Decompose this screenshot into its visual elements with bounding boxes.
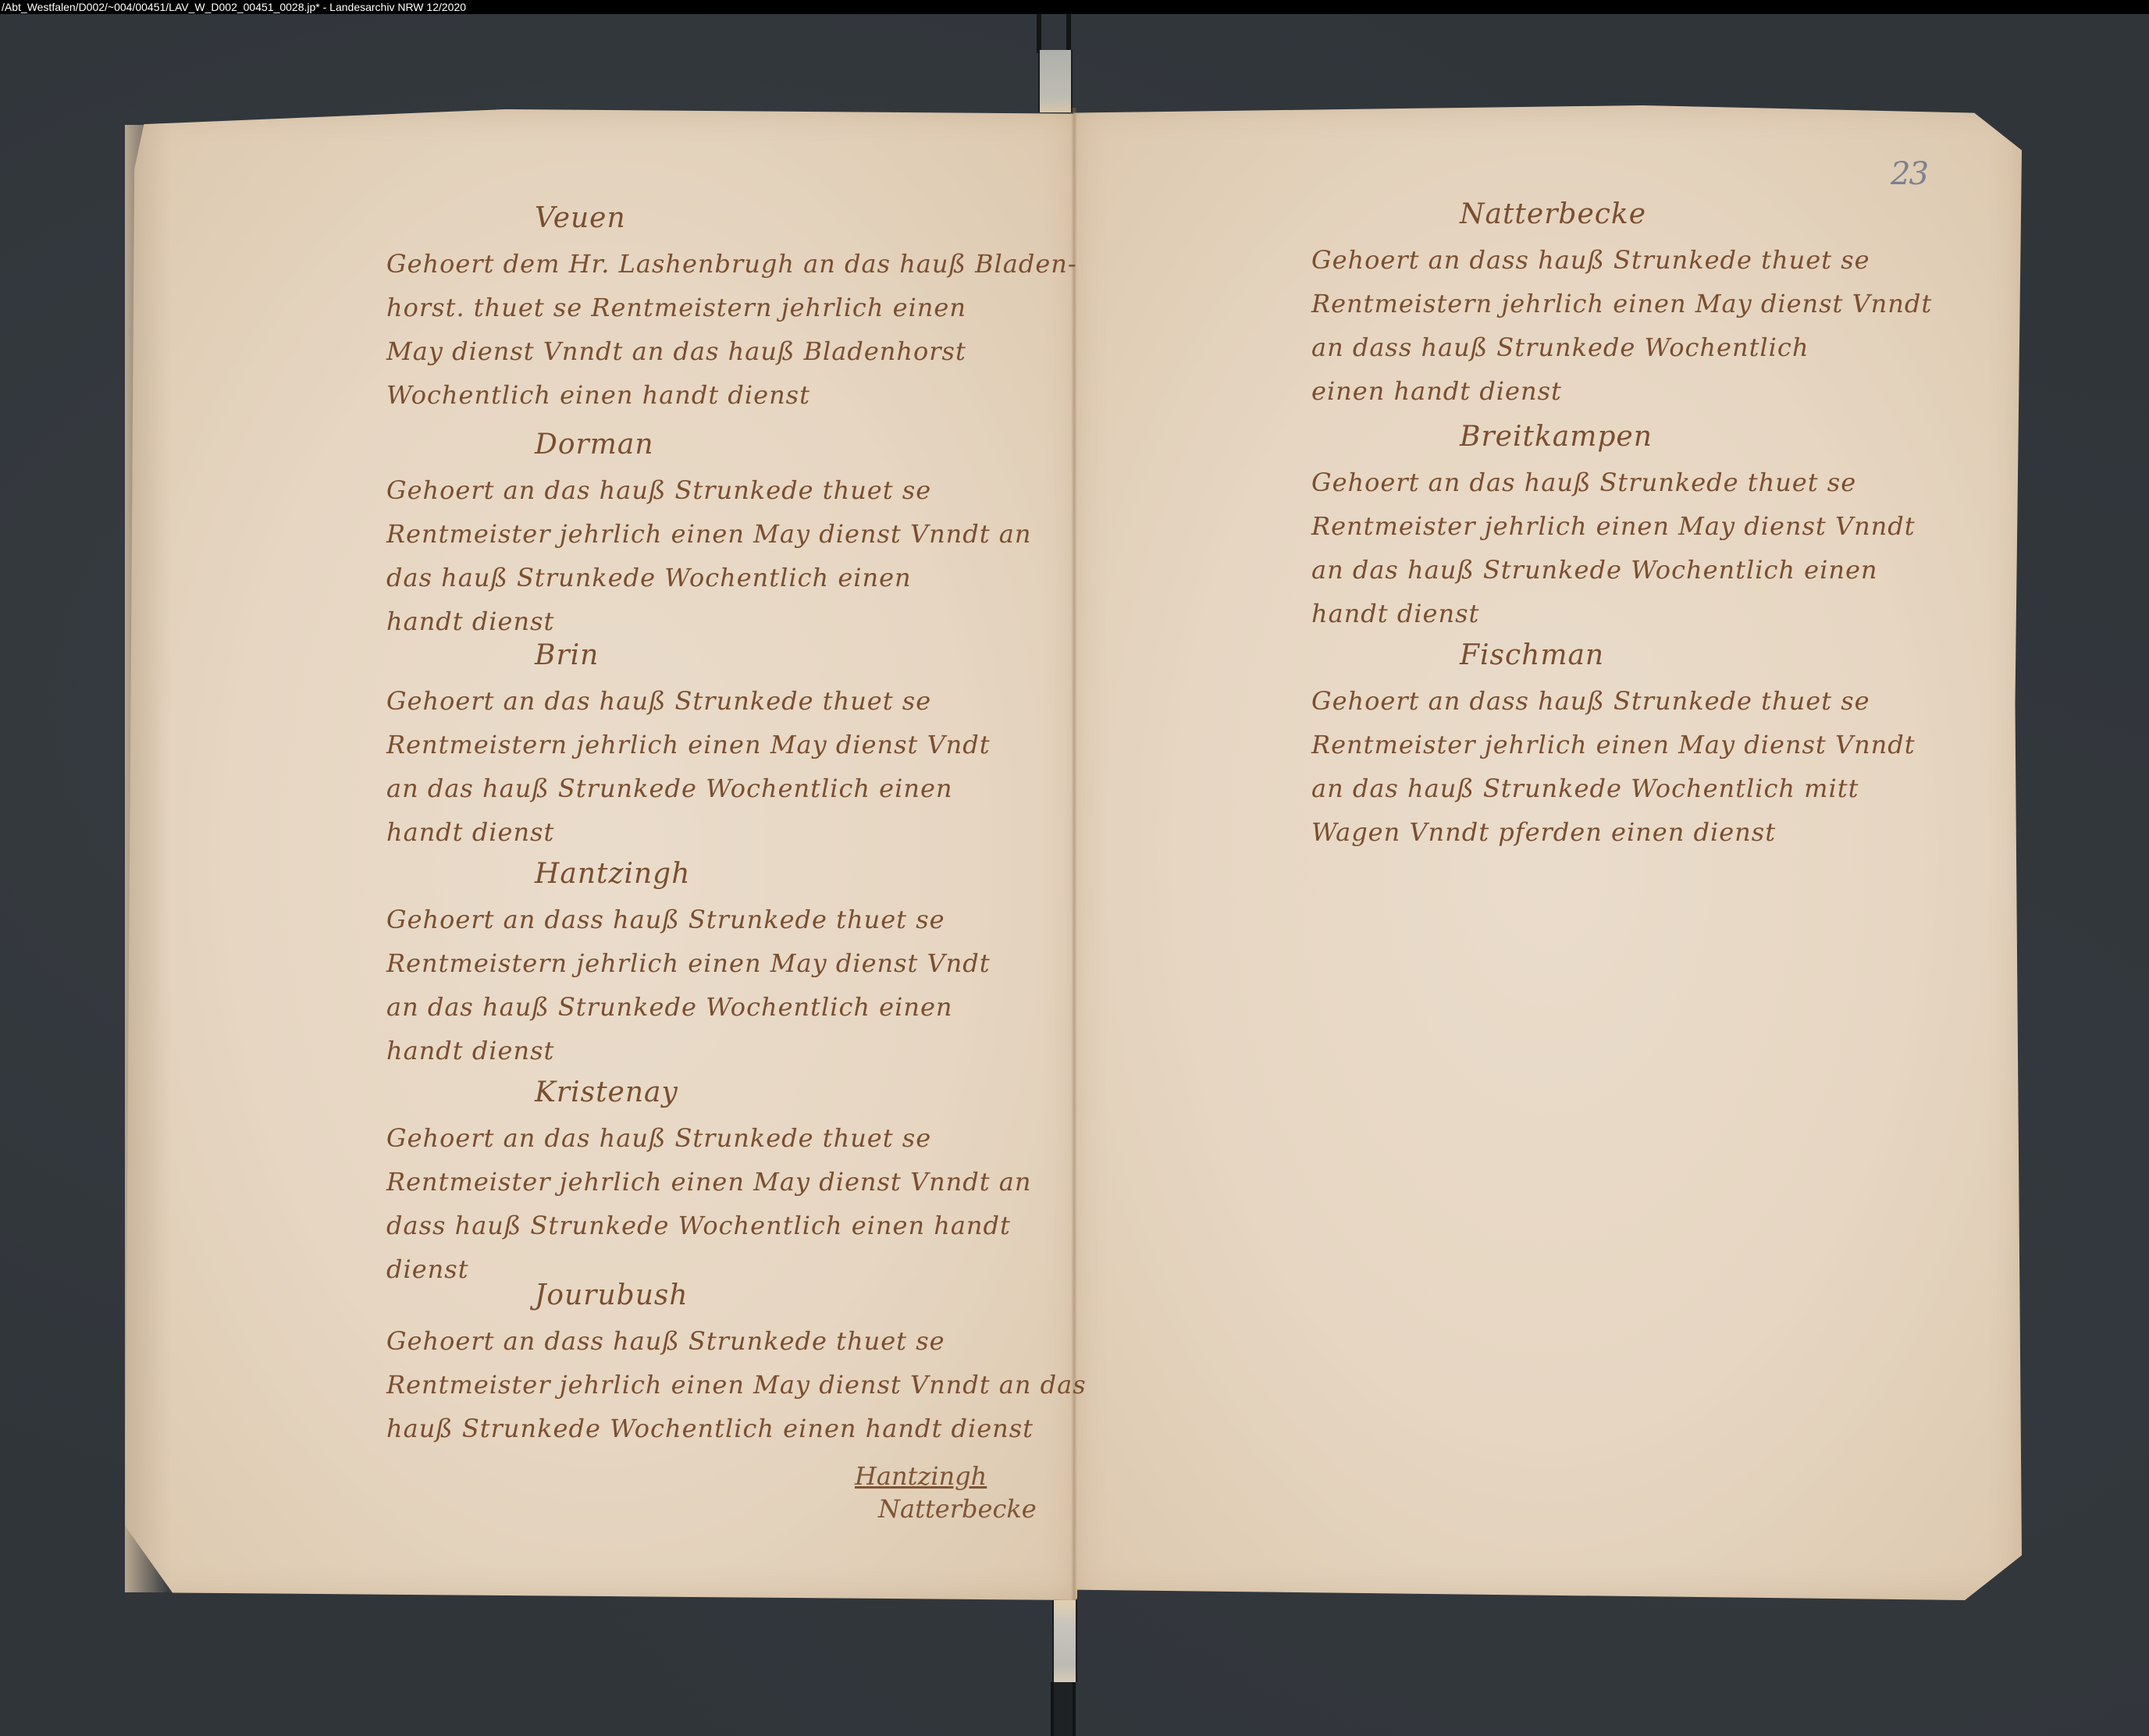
entry-line: Rentmeister jehrlich einen May dienst Vn… (1311, 723, 1916, 767)
entry-line: dass hauß Strunkede Wochentlich einen ha… (386, 1204, 1031, 1247)
left-entry-2: Dorman Gehoert an das hauß Strunkede thu… (386, 422, 1031, 643)
right-entry-2: Breitkampen Gehoert an das hauß Strunked… (1311, 414, 1916, 635)
entry-line: Wochentlich einen handt dienst (386, 373, 1077, 417)
binding-gap-bottom (1051, 1682, 1076, 1736)
left-page-edge-stain (125, 125, 172, 1592)
entry-line: an das hauß Strunkede Wochentlich einen (1311, 548, 1916, 592)
right-entry-1: Natterbecke Gehoert an dass hauß Strunke… (1311, 191, 1932, 413)
entry-line: Gehoert an das hauß Strunkede thuet se (386, 679, 991, 723)
entry-line: Rentmeister jehrlich einen May dienst Vn… (386, 512, 1031, 556)
signature-place: Natterbecke (855, 1492, 1037, 1525)
left-entry-1: Veuen Gehoert dem Hr. Lashenbrugh an das… (386, 195, 1077, 417)
entry-line: handt dienst (386, 1029, 991, 1073)
entry-line: an dass hauß Strunkede Wochentlich (1311, 325, 1932, 369)
entry-line: Gehoert dem Hr. Lashenbrugh an das hauß … (386, 242, 1077, 286)
entry-line: Gehoert an das hauß Strunkede thuet se (386, 1116, 1031, 1160)
entry-line: das hauß Strunkede Wochentlich einen (386, 556, 1031, 599)
entry-heading: Hantzingh (386, 851, 991, 898)
entry-line: Gehoert an dass hauß Strunkede thuet se (386, 1319, 1087, 1363)
entry-line: May dienst Vnndt an das hauß Bladenhorst (386, 329, 1077, 373)
entry-line: hauß Strunkede Wochentlich einen handt d… (386, 1407, 1087, 1450)
entry-heading: Brin (386, 632, 991, 679)
entry-line: Rentmeister jehrlich einen May dienst Vn… (386, 1160, 1031, 1204)
signature-name: Hantzingh (855, 1460, 1037, 1492)
entry-line: Rentmeistern jehrlich einen May dienst V… (386, 941, 991, 985)
entry-heading: Dorman (386, 422, 1031, 468)
entry-heading: Jourubush (386, 1272, 1087, 1319)
entry-line: Rentmeister jehrlich einen May dienst Vn… (1311, 504, 1916, 548)
entry-heading: Natterbecke (1311, 191, 1932, 238)
entry-line: an das hauß Strunkede Wochentlich einen (386, 985, 991, 1029)
entry-line: Gehoert an das hauß Strunkede thuet se (386, 468, 1031, 512)
binding-tab-top (1038, 50, 1073, 112)
entry-heading: Kristenay (386, 1069, 1031, 1116)
left-entry-5: Kristenay Gehoert an das hauß Strunkede … (386, 1069, 1031, 1291)
entry-heading: Fischman (1311, 632, 1916, 679)
folio-number: 23 (1891, 156, 1927, 192)
right-entry-3: Fischman Gehoert an dass hauß Strunkede … (1311, 632, 1916, 854)
entry-line: Rentmeistern jehrlich einen May dienst V… (386, 723, 991, 767)
entry-line: Rentmeister jehrlich einen May dienst Vn… (386, 1363, 1087, 1407)
entry-line: an das hauß Strunkede Wochentlich mitt (1311, 767, 1916, 810)
entry-line: Wagen Vnndt pferden einen dienst (1311, 810, 1916, 854)
left-entry-6: Jourubush Gehoert an dass hauß Strunkede… (386, 1272, 1087, 1450)
file-path-title: /Abt_Westfalen/D002/~004/00451/LAV_W_D00… (2, 1, 466, 13)
left-entry-4: Hantzingh Gehoert an dass hauß Strunkede… (386, 851, 991, 1073)
viewer-title-bar: /Abt_Westfalen/D002/~004/00451/LAV_W_D00… (0, 0, 2149, 14)
entry-line: Gehoert an dass hauß Strunkede thuet se (386, 898, 991, 941)
entry-heading: Veuen (386, 195, 1077, 242)
entry-line: horst. thuet se Rentmeistern jehrlich ei… (386, 286, 1077, 329)
entry-line: Gehoert an dass hauß Strunkede thuet se (1311, 238, 1932, 282)
entry-line: an das hauß Strunkede Wochentlich einen (386, 767, 991, 810)
binding-tab-bottom (1052, 1600, 1077, 1682)
entry-line: Gehoert an das hauß Strunkede thuet se (1311, 461, 1916, 504)
binding-gap-top (1037, 14, 1071, 53)
entry-line: handt dienst (386, 810, 991, 854)
entry-heading: Breitkampen (1311, 414, 1916, 461)
entry-line: handt dienst (1311, 592, 1916, 635)
left-entry-3: Brin Gehoert an das hauß Strunkede thuet… (386, 632, 991, 854)
entry-line: Rentmeistern jehrlich einen May dienst V… (1311, 282, 1932, 325)
signature-block: Hantzingh Natterbecke (855, 1460, 1037, 1525)
entry-line: einen handt dienst (1311, 369, 1932, 413)
entry-line: Gehoert an dass hauß Strunkede thuet se (1311, 679, 1916, 723)
